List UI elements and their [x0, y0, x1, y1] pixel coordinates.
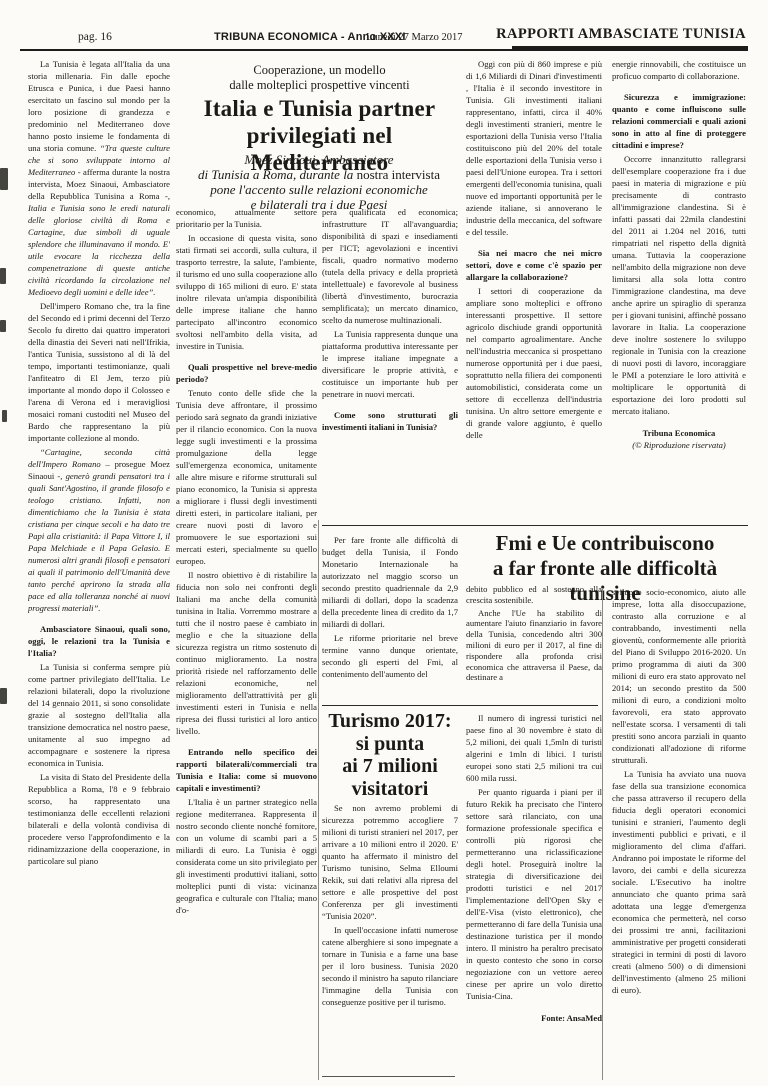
paragraph: (© Riproduzione riservata) [612, 439, 746, 451]
column-3-interview: pera qualificata ed economica; infrastru… [322, 206, 458, 522]
header-rule [20, 49, 748, 51]
column-5-interview: energie rinnovabili, che costituisce un … [612, 58, 746, 526]
column-2-interview: economico, attualmente settore prioritar… [176, 206, 317, 1080]
vertical-divider-col4-col5 [602, 588, 603, 1080]
paragraph: Oggi con più di 860 imprese e più di 1,6… [466, 58, 602, 238]
column-3-turismo: Se non avremo problemi di sicurezza potr… [322, 802, 458, 1078]
paragraph: Sia nei macro che nei micro settori, dov… [466, 247, 602, 283]
column-3-bottom-rule [322, 1076, 455, 1077]
article-kicker: Cooperazione, un modello dalle molteplic… [176, 63, 463, 93]
paragraph: Anche l'Ue ha stabilito di aumentare l'a… [466, 608, 602, 684]
scan-artifact [2, 410, 7, 422]
paragraph: Tenuto conto delle sfide che la Tunisia … [176, 387, 317, 567]
paragraph: Il numero di ingressi turistici nel paes… [466, 712, 602, 784]
scan-artifact [0, 320, 6, 332]
paragraph: La Tunisia si conferma sempre più come p… [28, 661, 170, 769]
newspaper-page: pag. 16 TRIBUNA ECONOMICA - Anno XXXI Lu… [0, 0, 768, 1086]
column-3-fmi: Per fare fronte alle difficoltà di budge… [322, 534, 458, 702]
paragraph: In quell'occasione infatti numerose cate… [322, 924, 458, 1008]
turismo-divider [322, 705, 598, 706]
section-title: RAPPORTI AMBASCIATE TUNISIA [496, 26, 746, 43]
column-4-interview: Oggi con più di 860 imprese e più di 1,6… [466, 58, 602, 524]
column-5-fmi: sviluppo socio-economico, aiuto alle imp… [612, 586, 746, 1080]
paragraph: Quali prospettive nel breve-medio period… [176, 361, 317, 385]
paragraph: Entrando nello specifico dei rapporti bi… [176, 746, 317, 794]
paragraph: La Tunisia ha avviato una nuova fase del… [612, 768, 746, 996]
paragraph: pera qualificata ed economica; infrastru… [322, 206, 458, 326]
vertical-divider-col2-col3 [318, 520, 319, 1080]
paragraph: energie rinnovabili, che costituisce un … [612, 58, 746, 82]
paragraph: Tribuna Economica [612, 427, 746, 439]
header-rule-thick [512, 46, 748, 49]
article-deck: Moez Sinaoui, Ambasciatoredi Tunisia a R… [160, 152, 478, 212]
paragraph: La visita di Stato del Presidente della … [28, 771, 170, 867]
paragraph: Dell'impero Romano che, tra la fine del … [28, 300, 170, 444]
paragraph: Come sono strutturati gli investimenti i… [322, 409, 458, 433]
scan-artifact [0, 268, 6, 284]
paragraph: I settori di cooperazione da ampliare so… [466, 285, 602, 441]
paragraph: Per fare fronte alle difficoltà di budge… [322, 534, 458, 630]
paragraph: Occorre innanzitutto rallegrarsi dell'es… [612, 153, 746, 417]
page-number-label: pag. 16 [78, 31, 112, 43]
turismo-article-headline: Turismo 2017: si punta ai 7 milioni visi… [322, 710, 458, 800]
paragraph: sviluppo socio-economico, aiuto alle imp… [612, 586, 746, 766]
paragraph: Se non avremo problemi di sicurezza potr… [322, 802, 458, 922]
section-divider [322, 525, 748, 526]
scan-artifact [0, 168, 8, 190]
paragraph: Sicurezza e immigrazione: quanto e come … [612, 91, 746, 151]
paragraph: In occasione di questa visita, sono stat… [176, 232, 317, 352]
paragraph: Le riforme prioritarie nel breve termine… [322, 632, 458, 680]
paragraph: Il nostro obiettivo è di ristabilire la … [176, 569, 317, 737]
scan-artifact [0, 688, 7, 704]
header-date: Lunedì 27 Marzo 2017 [366, 32, 463, 43]
column-4-turismo: Il numero di ingressi turistici nel paes… [466, 712, 602, 1078]
paragraph: di Tunisia a Roma, durante la nostra int… [160, 167, 478, 182]
column-4-fmi: debito pubblico ed al sostegno alla cres… [466, 584, 602, 704]
paragraph: L'Italia è un partner strategico nella r… [176, 796, 317, 916]
paragraph: La Tunisia è legata all'Italia da una st… [28, 58, 170, 298]
paragraph: Per quanto riguarda i piani per il futur… [466, 786, 602, 1002]
paragraph: “Cartagine, seconda città dell'Impero Ro… [28, 446, 170, 614]
paragraph: Fonte: AnsaMed [466, 1012, 602, 1024]
paragraph: Moez Sinaoui, Ambasciatore [160, 152, 478, 167]
paragraph: debito pubblico ed al sostegno alla cres… [466, 584, 602, 606]
column-1-interview: La Tunisia è legata all'Italia da una st… [28, 58, 170, 1080]
paragraph: pone l'accento sulle relazioni economich… [160, 182, 478, 197]
paragraph: La Tunisia rappresenta dunque una piatta… [322, 328, 458, 400]
paragraph: economico, attualmente settore prioritar… [176, 206, 317, 230]
paragraph: Ambasciatore Sinaoui, quali sono, oggi, … [28, 623, 170, 659]
